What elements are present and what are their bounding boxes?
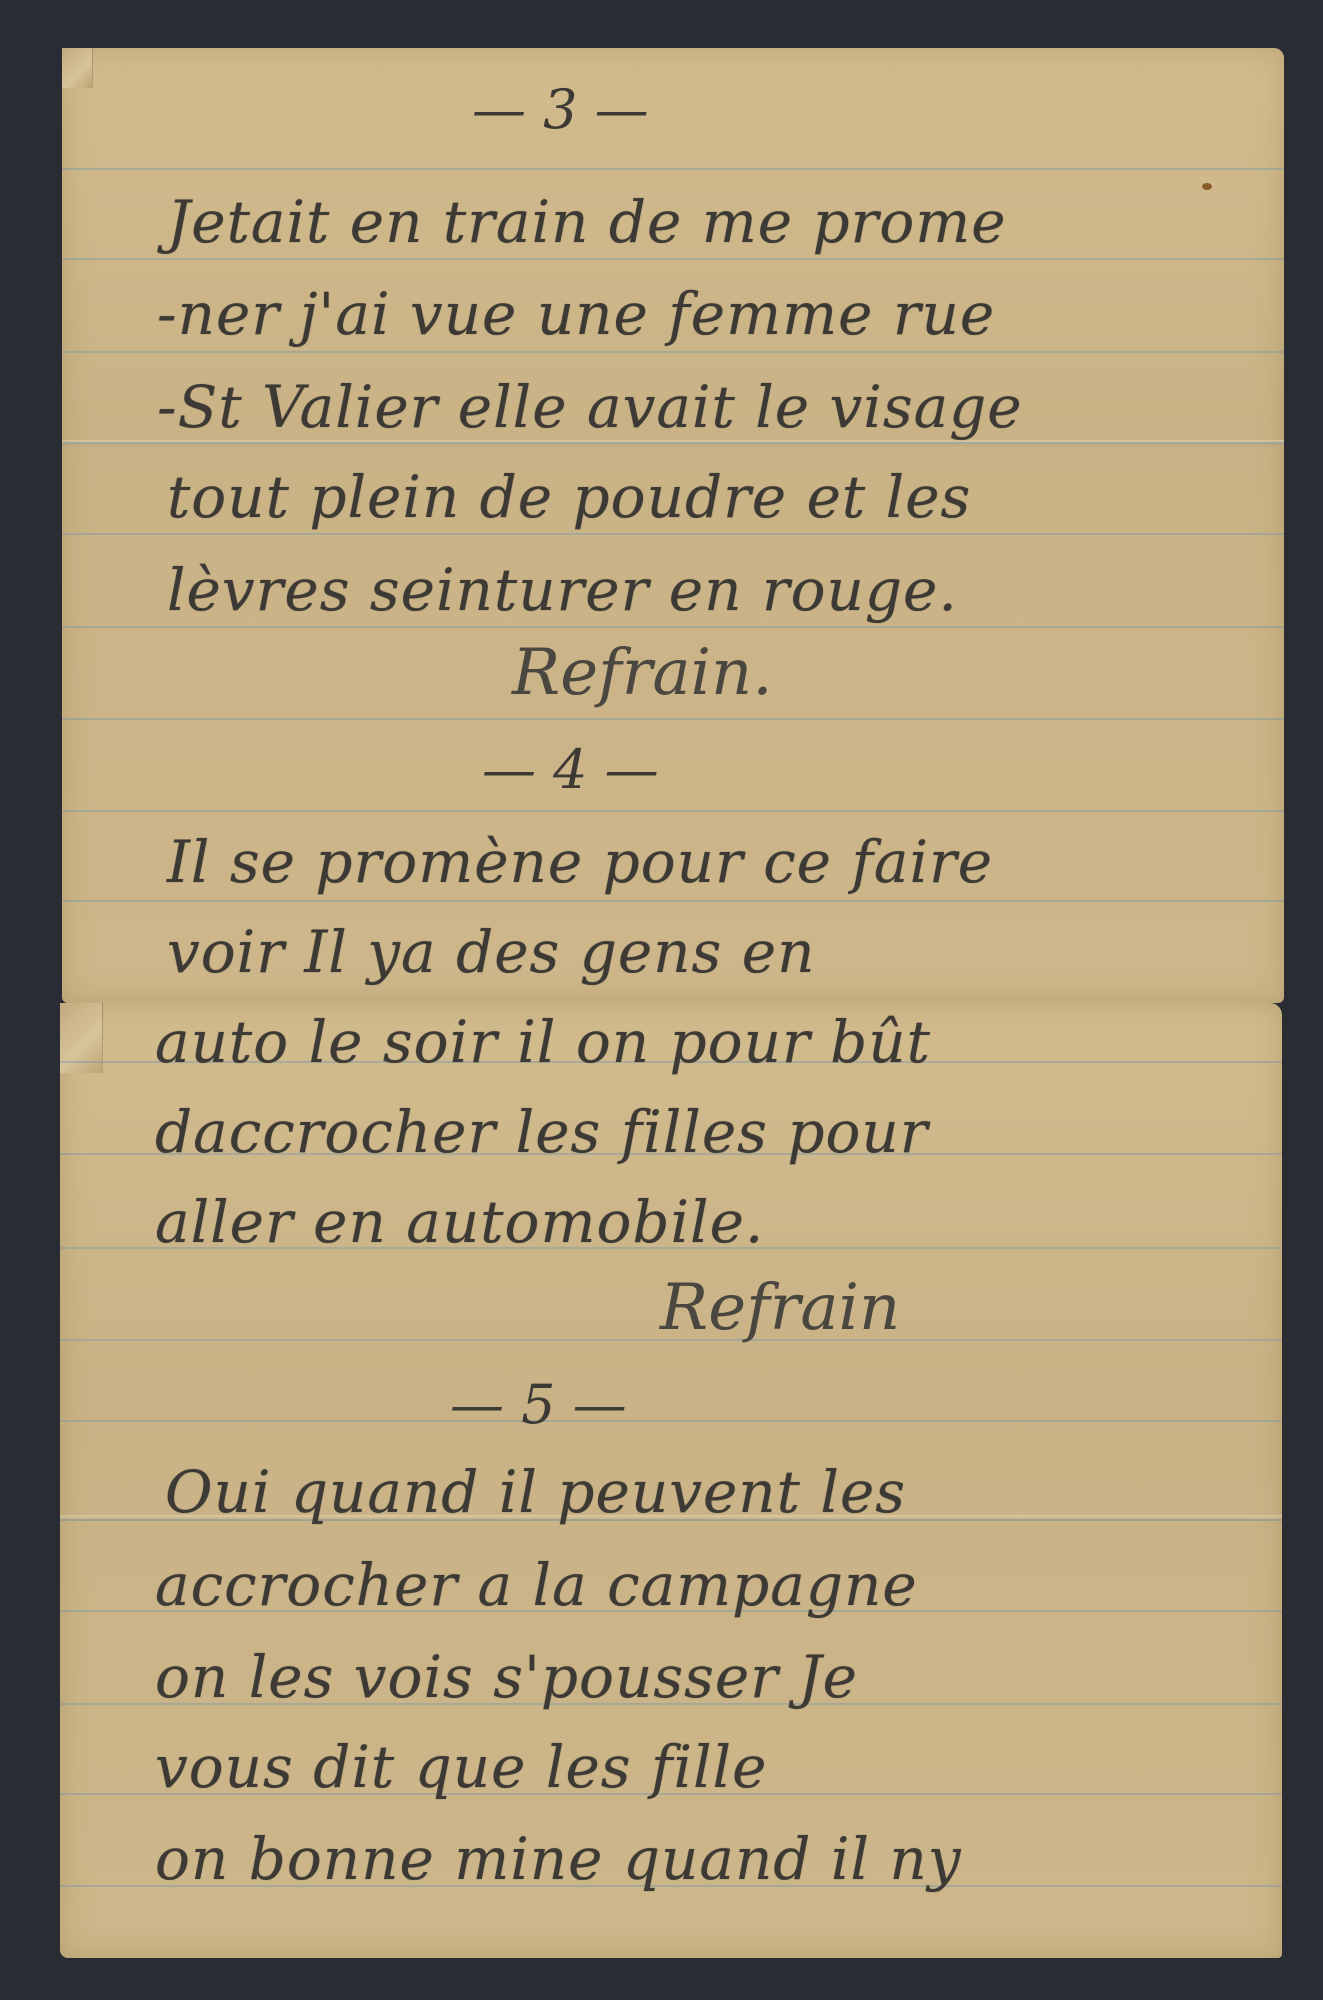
- ruled-line: [62, 351, 1284, 353]
- verse-3-line-5: lèvres seinturer en rouge.: [167, 556, 958, 624]
- ruled-line: [62, 533, 1284, 535]
- ruled-line: [62, 258, 1284, 260]
- verse-3-line-3: -St Valier elle avait le visage: [157, 373, 1023, 441]
- ruled-line: [62, 900, 1284, 902]
- ruled-line: [60, 1420, 1282, 1422]
- dog-ear-corner: [62, 48, 93, 88]
- paper-sheet-lower: auto le soir il on pour bût daccrocher l…: [60, 1003, 1282, 1958]
- ruled-line: [62, 626, 1284, 628]
- verse-4-line-5: aller en automobile.: [155, 1188, 764, 1256]
- ink-stain: [1202, 183, 1212, 190]
- verse-3-line-1: Jetait en train de me prome: [167, 188, 1007, 256]
- verse-5-line-5: on bonne mine quand il ny: [155, 1825, 962, 1893]
- verse-5-line-2: accrocher a la campagne: [155, 1551, 918, 1619]
- verse-3-line-4: tout plein de poudre et les: [167, 463, 971, 531]
- verse-4-line-1: Il se promène pour ce faire: [167, 828, 993, 896]
- ruled-line: [62, 168, 1284, 170]
- paper-sheet-upper: — 3 — Jetait en train de me prome -ner j…: [62, 48, 1284, 1003]
- verse-3-line-2: -ner j'ai vue une femme rue: [157, 280, 995, 348]
- verse-5-line-4: vous dit que les fille: [155, 1733, 767, 1801]
- ruled-line: [62, 810, 1284, 812]
- verse-4-line-3: auto le soir il on pour bût: [155, 1008, 931, 1076]
- verse-5-line-1: Oui quand il peuvent les: [165, 1458, 906, 1526]
- verse-4-marker: — 4 —: [482, 738, 659, 801]
- ruled-line: [62, 442, 1284, 444]
- verse-4-line-2: voir Il ya des gens en: [167, 918, 815, 986]
- refrain-label-2: Refrain: [660, 1271, 900, 1345]
- ruled-line: [62, 718, 1284, 720]
- verse-5-marker: — 5 —: [450, 1373, 627, 1436]
- verse-3-marker: — 3 —: [472, 78, 649, 141]
- verse-5-line-3: on les vois s'pousser Je: [155, 1643, 858, 1711]
- verse-4-line-4: daccrocher les filles pour: [155, 1098, 929, 1166]
- refrain-label-1: Refrain.: [512, 636, 773, 710]
